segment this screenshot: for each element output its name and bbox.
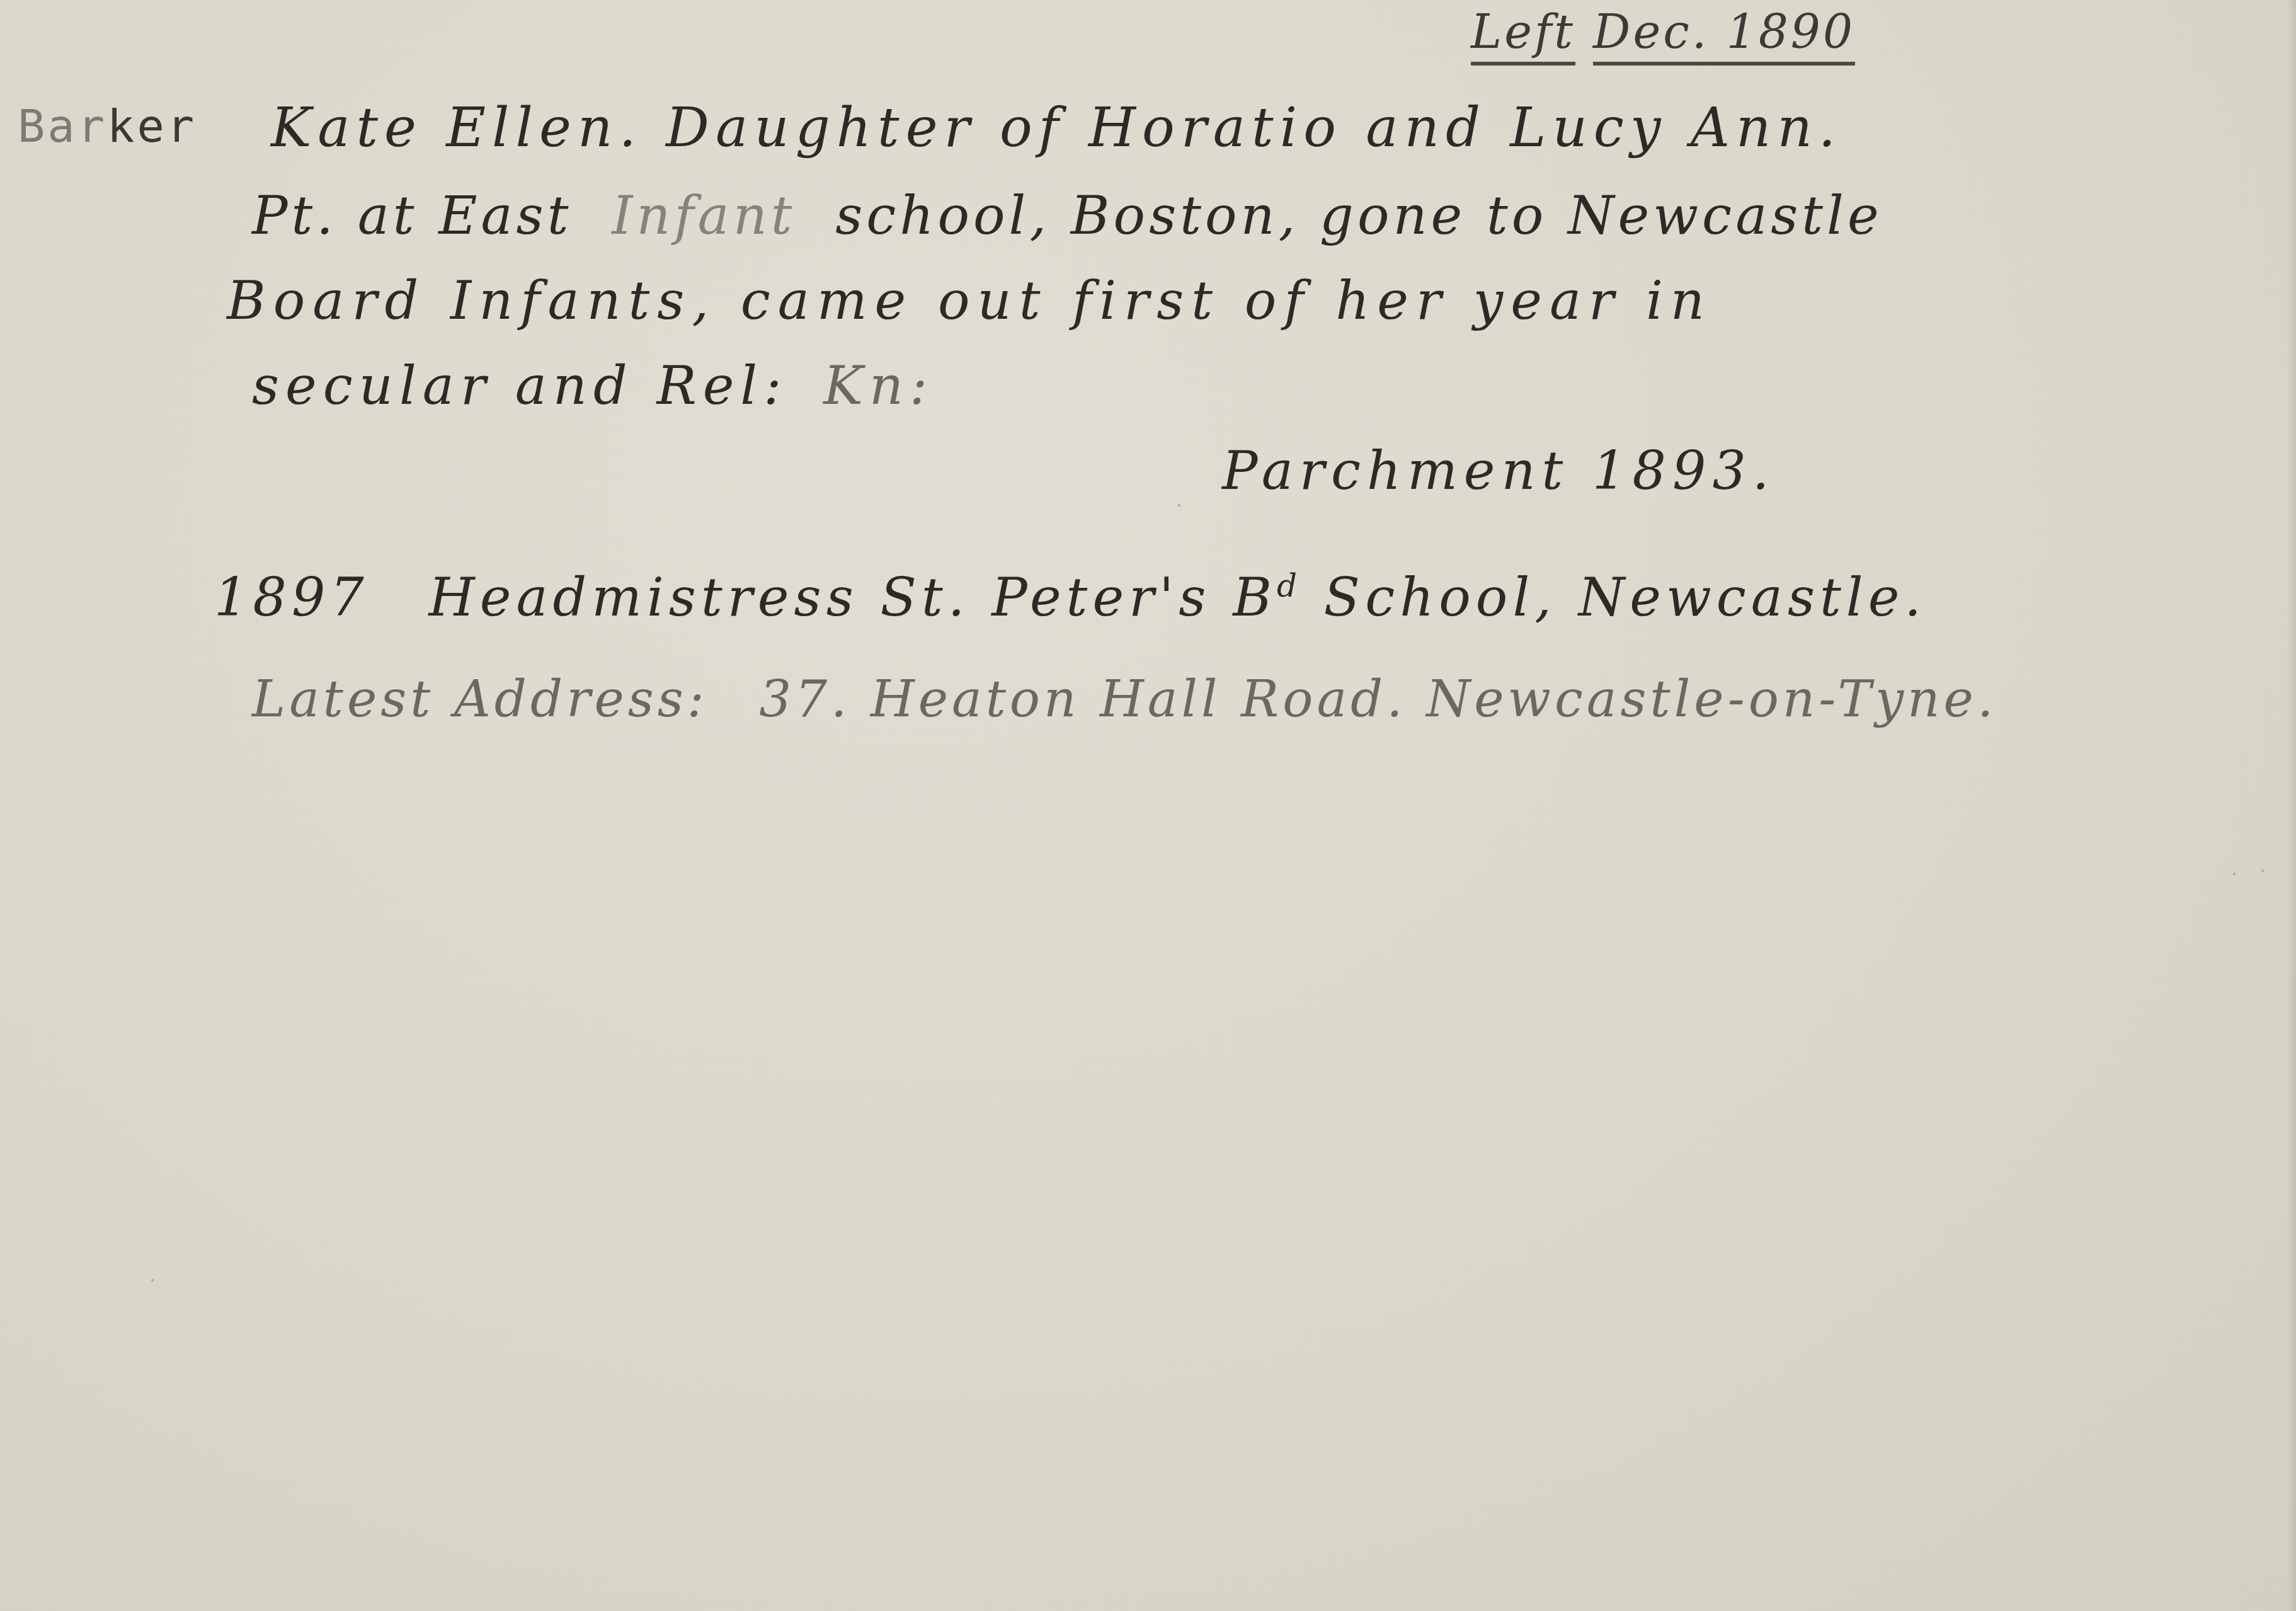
left-label: Left — [1471, 5, 1575, 66]
paper-speck — [2261, 869, 2264, 872]
school-line-1-a: Pt. at East — [252, 185, 572, 246]
school-line-1: Pt. at East Infant school, Boston, gone … — [252, 189, 1883, 242]
surname-dark-part: ker — [107, 100, 197, 152]
record-card: LeftDec. 1890 Barker Kate Ellen. Daughte… — [0, 0, 2296, 1611]
address-line: Latest Address: 37. Heaton Hall Road. Ne… — [252, 674, 1997, 725]
career-line: 1897 Headmistress St. Peter's Bd School,… — [214, 570, 1926, 624]
career-line-superscript: d — [1277, 568, 1302, 604]
career-line-b: School, Newcastle. — [1302, 566, 1926, 628]
paper-speck — [1178, 504, 1180, 507]
left-date-value: Dec. 1890 — [1593, 5, 1855, 66]
school-line-3-b: Kn: — [823, 355, 934, 416]
school-line-1-c: school, Boston, gone to Newcastle — [835, 185, 1882, 246]
school-line-2: Board Infants, came out first of her yea… — [227, 274, 1712, 327]
career-year: 1897 — [214, 566, 369, 628]
name-parents-line: Kate Ellen. Daughter of Horatio and Lucy… — [271, 101, 1842, 155]
left-date-header: LeftDec. 1890 — [1471, 5, 1855, 59]
surname-faint-part: Bar — [18, 100, 107, 152]
address-value: 37. Heaton Hall Road. Newcastle-on-Tyne. — [759, 670, 1997, 728]
parchment-line: Parchment 1893. — [1222, 444, 1776, 497]
address-label: Latest Address: — [252, 670, 708, 728]
school-line-1-b: Infant — [612, 185, 796, 246]
paper-speck — [151, 1279, 154, 1281]
school-line-3: secular and Rel: Kn: — [252, 359, 934, 412]
career-line-a: Headmistress St. Peter's B — [428, 566, 1276, 628]
surname: Barker — [18, 100, 197, 152]
school-line-3-a: secular and Rel: — [252, 355, 788, 416]
paper-speck — [2233, 873, 2236, 875]
